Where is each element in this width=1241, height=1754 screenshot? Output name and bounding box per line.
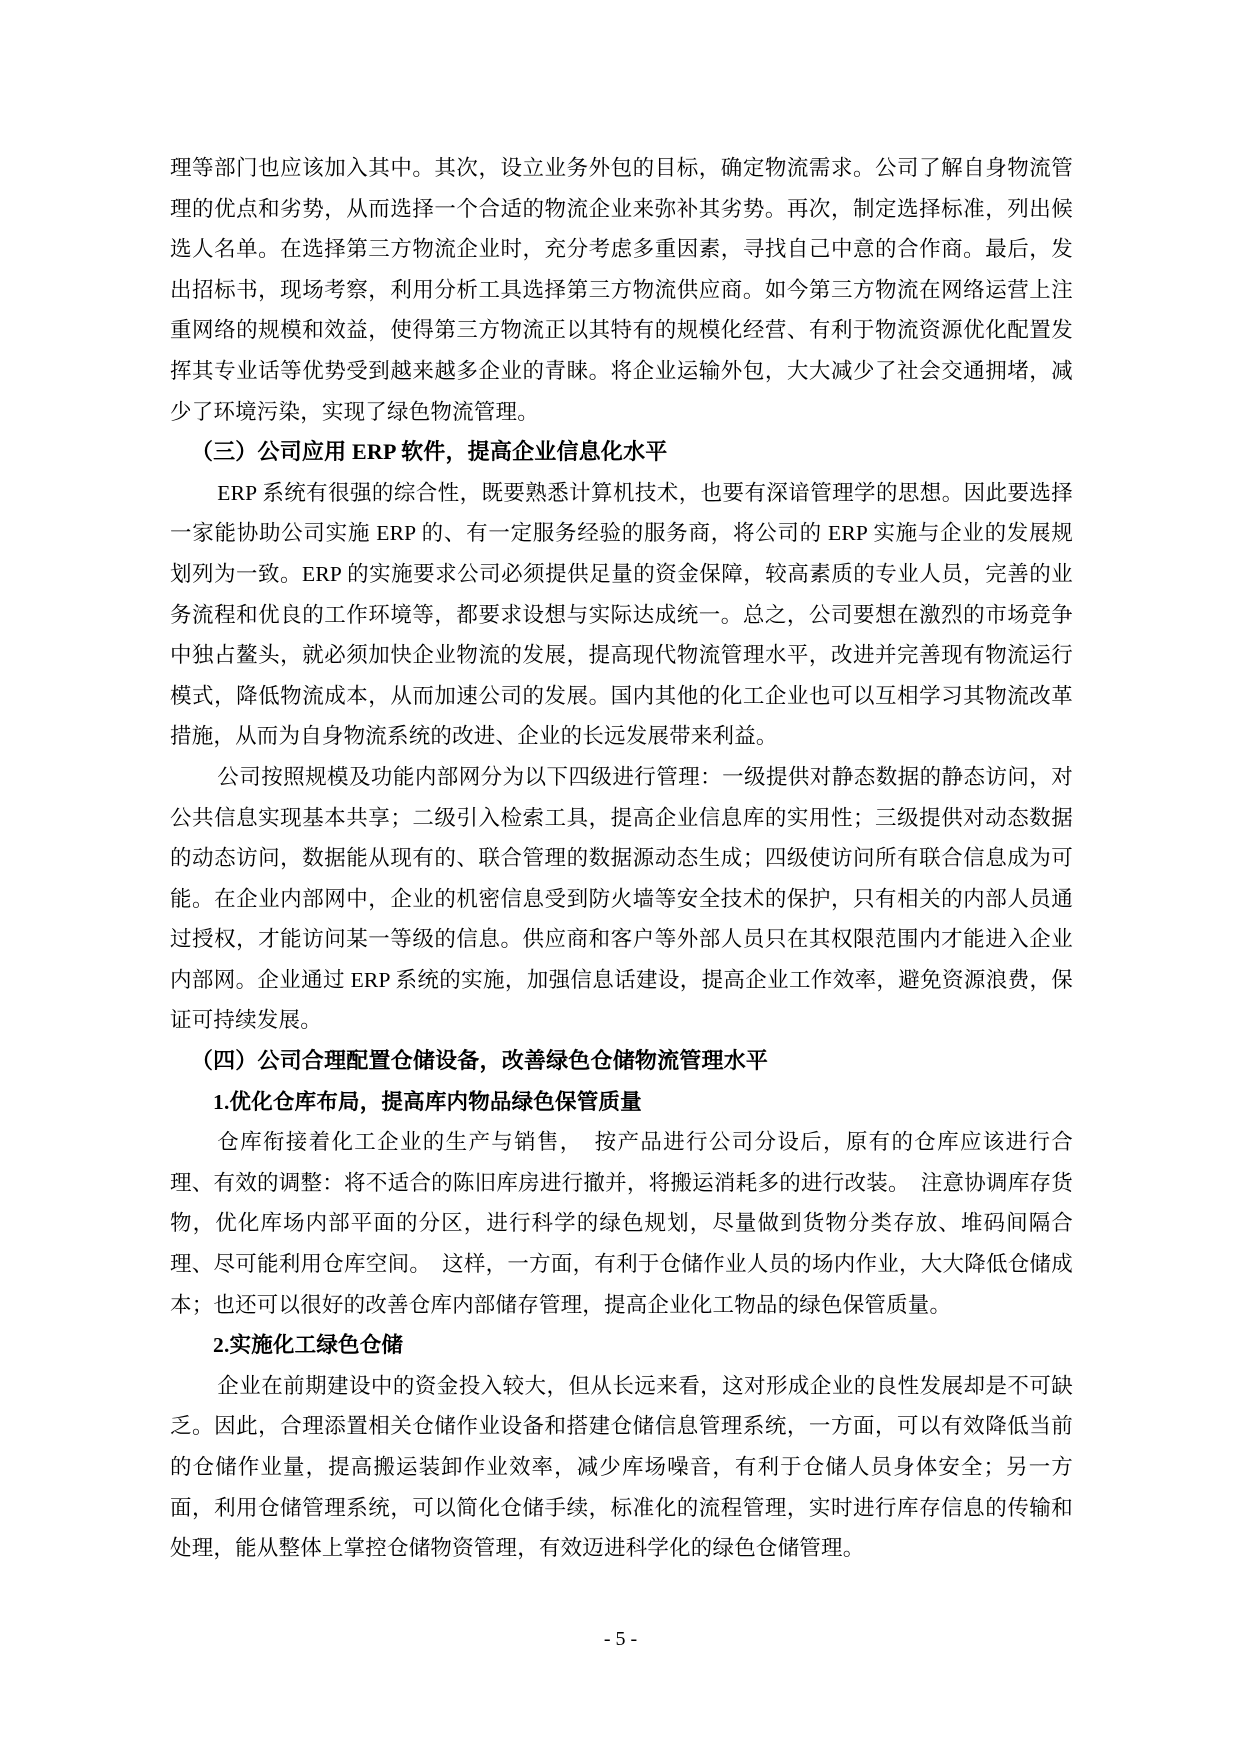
document-page: 理等部门也应该加入其中。其次，设立业务外包的目标，确定物流需求。公司了解自身物流… (0, 0, 1241, 1754)
paragraph: 企业在前期建设中的资金投入较大，但从长远来看，这对形成企业的良性发展却是不可缺乏… (170, 1366, 1073, 1569)
section-heading-4: （四）公司合理配置仓储设备，改善绿色仓储物流管理水平 (170, 1041, 1073, 1082)
text-content: 理等部门也应该加入其中。其次，设立业务外包的目标，确定物流需求。公司了解自身物流… (170, 148, 1073, 1569)
page-number: - 5 - (0, 1624, 1241, 1654)
paragraph: 仓库衔接着化工企业的生产与销售， 按产品进行公司分设后，原有的仓库应该进行合理、… (170, 1122, 1073, 1325)
section-heading-3: （三）公司应用 ERP 软件，提高企业信息化水平 (170, 432, 1073, 473)
paragraph: 公司按照规模及功能内部网分为以下四级进行管理：一级提供对静态数据的静态访问，对公… (170, 757, 1073, 1041)
sub-heading-1: 1.优化仓库布局，提高库内物品绿色保管质量 (170, 1082, 1073, 1123)
paragraph: ERP 系统有很强的综合性，既要熟悉计算机技术，也要有深谙管理学的思想。因此要选… (170, 473, 1073, 757)
paragraph: 理等部门也应该加入其中。其次，设立业务外包的目标，确定物流需求。公司了解自身物流… (170, 148, 1073, 432)
sub-heading-2: 2.实施化工绿色仓储 (170, 1325, 1073, 1366)
